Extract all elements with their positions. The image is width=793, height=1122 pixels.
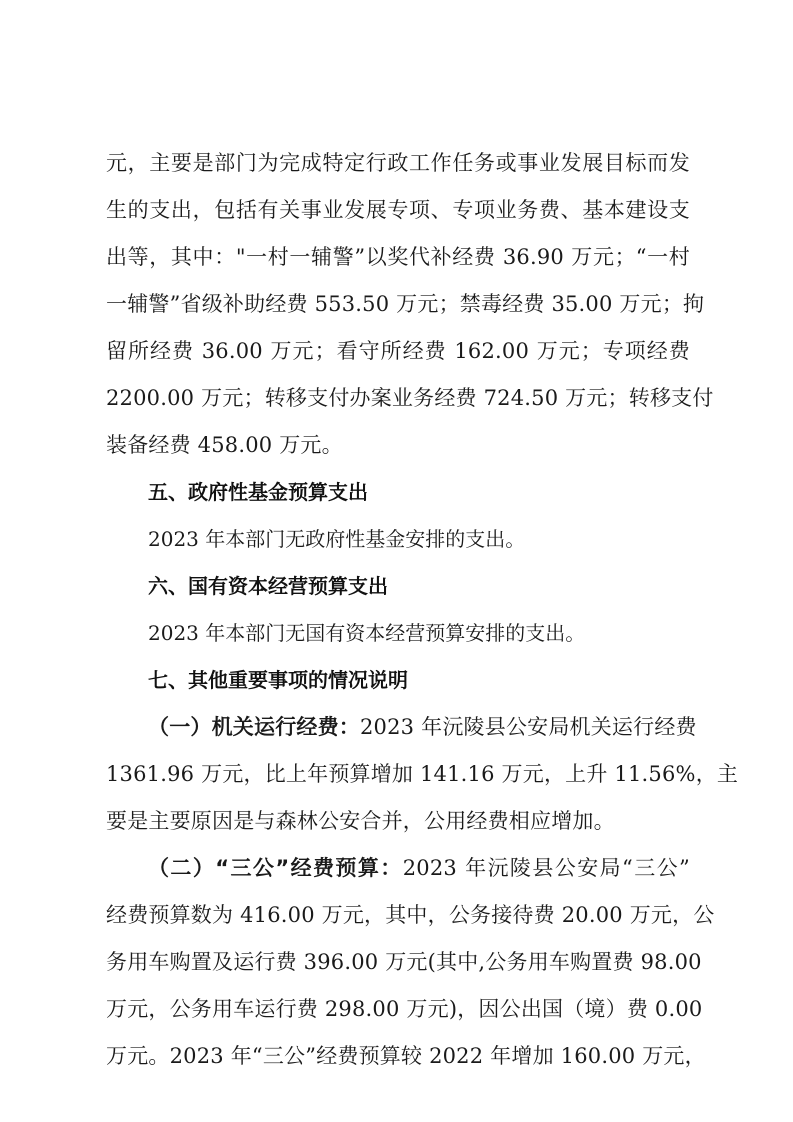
subsection-1-title: （一）机关运行经费：: [148, 715, 360, 739]
subsection-2-line: 万元。2023 年“三公”经费预算较 2022 年增加 160.00 万元，: [106, 1041, 690, 1071]
paragraph-line: 生的支出，包括有关事业发展专项、专项业务费、基本建设支: [106, 195, 690, 225]
subsection-2-title: （二）“三公”经费预算：: [148, 856, 403, 880]
paragraph-line: 留所经费 36.00 万元；看守所经费 162.00 万元；专项经费: [106, 336, 690, 366]
subsection-2-line: （二）“三公”经费预算：2023 年沅陵县公安局“三公”: [148, 853, 690, 883]
paragraph-line: 出等，其中："一村一辅警”以奖代补经费 36.90 万元；“一村: [106, 242, 690, 272]
paragraph-line: 一辅警”省级补助经费 553.50 万元；禁毒经费 35.00 万元；拘: [106, 289, 690, 319]
section-heading-5: 五、政府性基金预算支出: [148, 477, 368, 507]
section-5-body: 2023 年本部门无政府性基金安排的支出。: [148, 524, 525, 554]
subsection-2-line: 万元，公务用车运行费 298.00 万元)，因公出国（境）费 0.00: [106, 994, 690, 1024]
subsection-2-line: 经费预算数为 416.00 万元，其中，公务接待费 20.00 万元，公: [106, 900, 690, 930]
subsection-1-text: 2023 年沅陵县公安局机关运行经费: [360, 715, 697, 739]
document-page: 元，主要是部门为完成特定行政工作任务或事业发展目标而发 生的支出，包括有关事业发…: [0, 0, 793, 1122]
subsection-2-line: 务用车购置及运行费 396.00 万元(其中,公务用车购置费 98.00: [106, 947, 690, 977]
subsection-1-line: 1361.96 万元，比上年预算增加 141.16 万元，上升 11.56%，主: [106, 759, 690, 789]
section-heading-7: 七、其他重要事项的情况说明: [148, 665, 408, 695]
paragraph-line: 元，主要是部门为完成特定行政工作任务或事业发展目标而发: [106, 148, 690, 178]
subsection-1-line: 要是主要原因是与森林公安合并，公用经费相应增加。: [106, 806, 690, 836]
subsection-1-line: （一）机关运行经费：2023 年沅陵县公安局机关运行经费: [148, 712, 690, 742]
paragraph-line: 2200.00 万元；转移支付办案业务经费 724.50 万元；转移支付: [106, 383, 690, 413]
paragraph-line: 装备经费 458.00 万元。: [106, 430, 690, 460]
section-6-body: 2023 年本部门无国有资本经营预算安排的支出。: [148, 618, 585, 648]
section-heading-6: 六、国有资本经营预算支出: [148, 571, 388, 601]
subsection-2-text: 2023 年沅陵县公安局“三公”: [403, 856, 690, 880]
